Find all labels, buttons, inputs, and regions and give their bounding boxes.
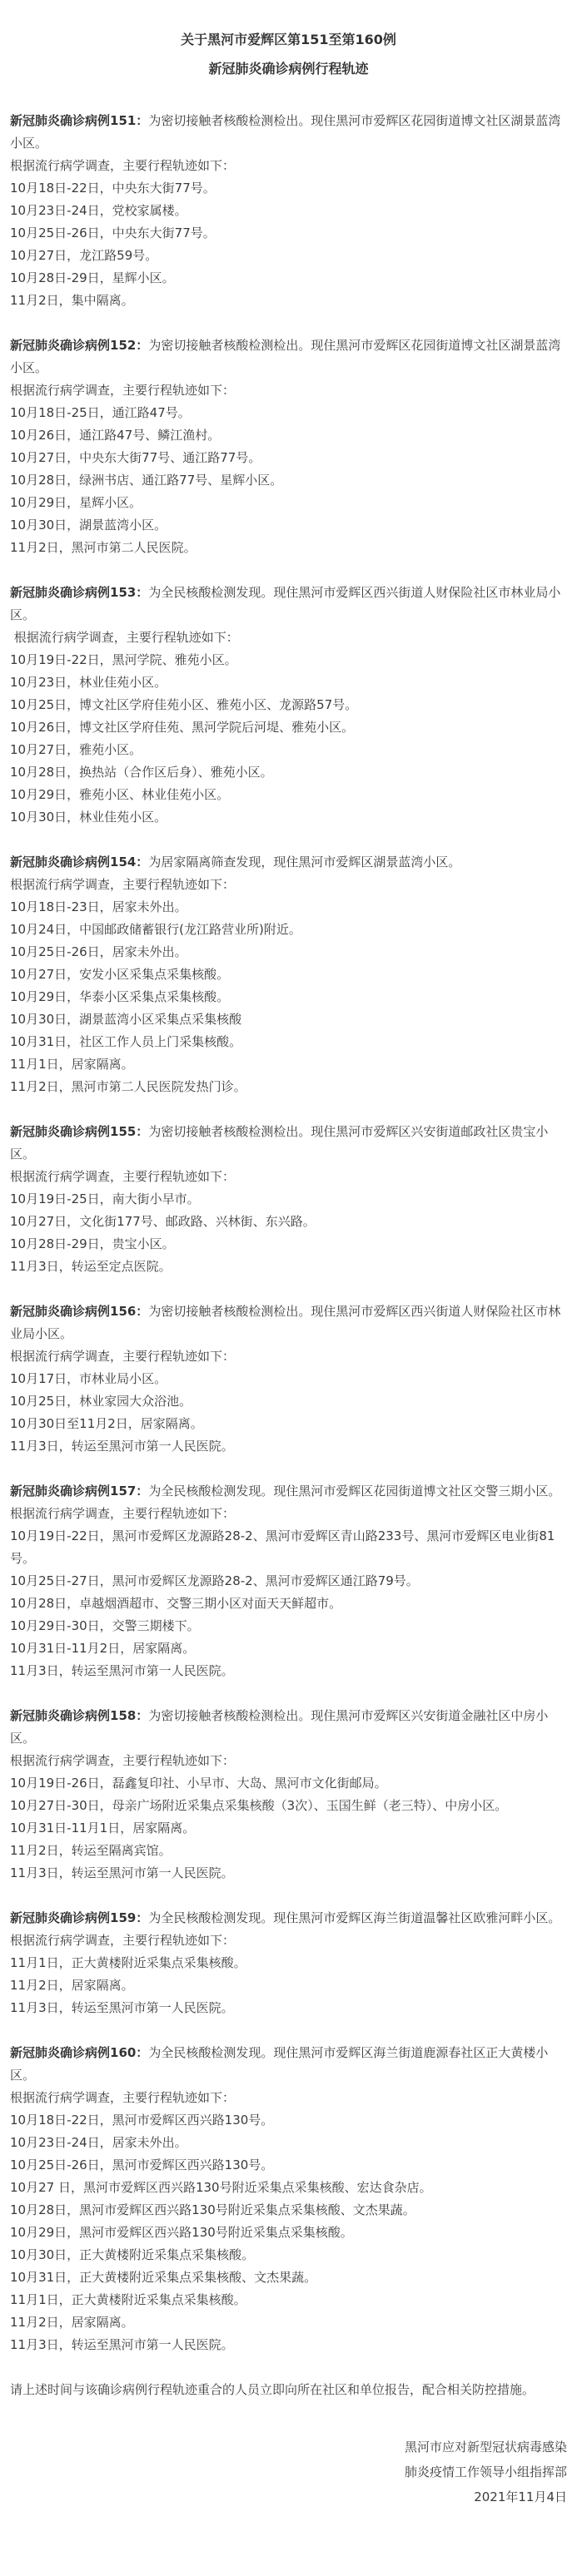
itinerary-item: 11月1日，正大黄楼附近采集点采集核酸。: [10, 2289, 567, 2311]
case-intro: 根据流行病学调查，主要行程轨迹如下：: [10, 1930, 567, 1952]
itinerary-item: 10月28日，卓越烟酒超市、交警三期小区对面天天鲜超市。: [10, 1593, 567, 1615]
case-section: 新冠肺炎确诊病例153：为全民核酸检测发现。现住黑河市爱辉区西兴街道人财保险社区…: [10, 582, 567, 829]
case-header: 新冠肺炎确诊病例153：为全民核酸检测发现。现住黑河市爱辉区西兴街道人财保险社区…: [10, 582, 567, 627]
itinerary-item: 10月30日，林业佳苑小区。: [10, 806, 567, 829]
itinerary-item: 11月3日，转运至定点医院。: [10, 1256, 567, 1278]
itinerary-item: 10月19日-26日，磊鑫复印社、小早市、大岛、黑河市文化街邮局。: [10, 1772, 567, 1795]
case-intro: 根据流行病学调查，主要行程轨迹如下：: [10, 155, 567, 177]
itinerary-item: 10月27日，中央东大街77号、通江路77号。: [10, 447, 567, 469]
itinerary-item: 10月27日，龙江路59号。: [10, 245, 567, 267]
case-section: 新冠肺炎确诊病例156：为密切接触者核酸检测检出。现住黑河市爱辉区西兴街道人财保…: [10, 1300, 567, 1458]
case-intro: 根据流行病学调查，主要行程轨迹如下：: [10, 2087, 567, 2109]
itinerary-item: 10月28日-29日，星辉小区。: [10, 267, 567, 290]
itinerary-item: 10月28日，绿洲书店、通江路77号、星辉小区。: [10, 469, 567, 492]
itinerary-item: 11月1日，正大黄楼附近采集点采集核酸。: [10, 1952, 567, 1974]
itinerary-item: 11月2日，转运至隔离宾馆。: [10, 1840, 567, 1862]
case-intro: 根据流行病学调查，主要行程轨迹如下：: [10, 874, 567, 896]
signature-date: 2021年11月4日: [10, 2484, 567, 2509]
itinerary-item: 11月3日，转运至黑河市第一人民医院。: [10, 1997, 567, 2019]
itinerary-item: 10月29日，华泰小区采集点采集核酸。: [10, 986, 567, 1008]
case-header: 新冠肺炎确诊病例157：为全民核酸检测发现。现住黑河市爱辉区花园街道博文社区交警…: [10, 1480, 567, 1503]
itinerary-item: 11月3日，转运至黑河市第一人民医院。: [10, 1435, 567, 1458]
case-label: 新冠肺炎确诊病例151：: [10, 113, 148, 128]
itinerary-item: 10月27日，雅苑小区。: [10, 739, 567, 761]
itinerary-item: 10月30日，正大黄楼附近采集点采集核酸。: [10, 2244, 567, 2266]
itinerary-item: 11月2日，黑河市第二人民医院发热门诊。: [10, 1076, 567, 1098]
case-list: 新冠肺炎确诊病例151：为密切接触者核酸检测检出。现住黑河市爱辉区花园街道博文社…: [10, 110, 567, 2356]
case-header: 新冠肺炎确诊病例154：为居家隔离筛查发现，现住黑河市爱辉区湖景蓝湾小区。: [10, 851, 567, 874]
itinerary-item: 10月27日，文化街177号、邮政路、兴林街、东兴路。: [10, 1211, 567, 1233]
itinerary-item: 10月25日，林业家园大众浴池。: [10, 1390, 567, 1413]
signature-block: 黑河市应对新型冠状病毒感染 肺炎疫情工作领导小组指挥部 2021年11月4日: [10, 2435, 567, 2509]
itinerary-item: 11月2日，集中隔离。: [10, 290, 567, 312]
itinerary-item: 10月18日-22日，中央东大街77号。: [10, 177, 567, 200]
itinerary-item: 10月27日-30日，母亲广场附近采集点采集核酸（3次）、玉国生鲜（老三特）、中…: [10, 1795, 567, 1817]
itinerary-item: 11月2日，居家隔离。: [10, 2311, 567, 2334]
case-section: 新冠肺炎确诊病例155：为密切接触者核酸检测检出。现住黑河市爱辉区兴安街道邮政社…: [10, 1121, 567, 1278]
signature-org-line-1: 黑河市应对新型冠状病毒感染: [10, 2435, 567, 2460]
itinerary-item: 10月29日，星辉小区。: [10, 492, 567, 514]
case-description: 为居家隔离筛查发现，现住黑河市爱辉区湖景蓝湾小区。: [148, 855, 460, 869]
itinerary-item: 10月30日，湖景蓝湾小区采集点采集核酸: [10, 1008, 567, 1031]
itinerary-item: 10月25日-26日，居家未外出。: [10, 941, 567, 964]
case-header: 新冠肺炎确诊病例156：为密切接触者核酸检测检出。现住黑河市爱辉区西兴街道人财保…: [10, 1300, 567, 1345]
itinerary-item: 10月23日-24日，居家未外出。: [10, 2132, 567, 2154]
itinerary-item: 11月2日，黑河市第二人民医院。: [10, 537, 567, 559]
itinerary-item: 10月27 日，黑河市爱辉区西兴路130号附近采集点采集核酸、宏达食杂店。: [10, 2177, 567, 2199]
case-section: 新冠肺炎确诊病例158：为密切接触者核酸检测检出。现住黑河市爱辉区兴安街道金融社…: [10, 1705, 567, 1885]
case-header: 新冠肺炎确诊病例155：为密切接触者核酸检测检出。现住黑河市爱辉区兴安街道邮政社…: [10, 1121, 567, 1166]
case-header: 新冠肺炎确诊病例151：为密切接触者核酸检测检出。现住黑河市爱辉区花园街道博文社…: [10, 110, 567, 155]
title-line-1: 关于黑河市爱辉区第151至第160例: [10, 25, 567, 54]
title-line-2: 新冠肺炎确诊病例行程轨迹: [10, 54, 567, 83]
case-label: 新冠肺炎确诊病例157：: [10, 1484, 148, 1499]
case-label: 新冠肺炎确诊病例152：: [10, 338, 148, 353]
itinerary-item: 10月29日，黑河市爱辉区西兴路130号附近采集点采集核酸。: [10, 2222, 567, 2244]
itinerary-item: 10月31日-11月1日，居家隔离。: [10, 1817, 567, 1840]
case-intro: 根据流行病学调查，主要行程轨迹如下：: [10, 1345, 567, 1368]
case-header: 新冠肺炎确诊病例158：为密切接触者核酸检测检出。现住黑河市爱辉区兴安街道金融社…: [10, 1705, 567, 1750]
document-title: 关于黑河市爱辉区第151至第160例 新冠肺炎确诊病例行程轨迹: [10, 25, 567, 83]
itinerary-item: 10月25日-27日，黑河市爱辉区龙源路28-2、黑河市爱辉区通江路79号。: [10, 1570, 567, 1593]
itinerary-item: 10月31日-11月2日，居家隔离。: [10, 1637, 567, 1660]
case-section: 新冠肺炎确诊病例160：为全民核酸检测发现。现住黑河市爱辉区海兰街道鹿源春社区正…: [10, 2042, 567, 2356]
itinerary-item: 10月17日，市林业局小区。: [10, 1368, 567, 1390]
itinerary-item: 10月29日-30日，交警三期楼下。: [10, 1615, 567, 1637]
case-header: 新冠肺炎确诊病例160：为全民核酸检测发现。现住黑河市爱辉区海兰街道鹿源春社区正…: [10, 2042, 567, 2087]
itinerary-item: 10月24日，中国邮政储蓄银行(龙江路营业所)附近。: [10, 919, 567, 941]
itinerary-item: 10月18日-22日，黑河市爱辉区西兴路130号。: [10, 2109, 567, 2132]
document-page: 关于黑河市爱辉区第151至第160例 新冠肺炎确诊病例行程轨迹 新冠肺炎确诊病例…: [0, 0, 577, 2526]
itinerary-item: 10月23日，林业佳苑小区。: [10, 671, 567, 694]
case-label: 新冠肺炎确诊病例153：: [10, 585, 148, 600]
itinerary-item: 10月19日-25日，南大街小早市。: [10, 1188, 567, 1211]
case-intro: 根据流行病学调查，主要行程轨迹如下：: [10, 627, 567, 649]
itinerary-item: 10月28日，黑河市爱辉区西兴路130号附近采集点采集核酸、文杰果蔬。: [10, 2199, 567, 2222]
itinerary-item: 10月18日-25日，通江路47号。: [10, 402, 567, 424]
case-label: 新冠肺炎确诊病例155：: [10, 1124, 148, 1139]
itinerary-item: 10月25日，博文社区学府佳苑小区、雅苑小区、龙源路57号。: [10, 694, 567, 716]
itinerary-item: 10月25日-26日，中央东大街77号。: [10, 222, 567, 245]
itinerary-item: 10月31日，社区工作人员上门采集核酸。: [10, 1031, 567, 1053]
case-intro: 根据流行病学调查，主要行程轨迹如下：: [10, 1503, 567, 1525]
itinerary-item: 10月28日-29日，贵宝小区。: [10, 1233, 567, 1256]
case-header: 新冠肺炎确诊病例152：为密切接触者核酸检测检出。现住黑河市爱辉区花园街道博文社…: [10, 334, 567, 379]
itinerary-item: 11月3日，转运至黑河市第一人民医院。: [10, 1660, 567, 1682]
case-label: 新冠肺炎确诊病例159：: [10, 1910, 148, 1925]
itinerary-item: 10月30日，湖景蓝湾小区。: [10, 514, 567, 537]
itinerary-item: 11月1日，居家隔离。: [10, 1053, 567, 1076]
itinerary-item: 10月30日至11月2日，居家隔离。: [10, 1413, 567, 1435]
case-intro: 根据流行病学调查，主要行程轨迹如下：: [10, 379, 567, 402]
itinerary-item: 10月18日-23日，居家未外出。: [10, 896, 567, 919]
case-section: 新冠肺炎确诊病例152：为密切接触者核酸检测检出。现住黑河市爱辉区花园街道博文社…: [10, 334, 567, 559]
itinerary-item: 10月25日-26日，黑河市爱辉区西兴路130号。: [10, 2154, 567, 2177]
case-intro: 根据流行病学调查，主要行程轨迹如下：: [10, 1750, 567, 1772]
case-label: 新冠肺炎确诊病例160：: [10, 2045, 148, 2060]
itinerary-item: 11月3日，转运至黑河市第一人民医院。: [10, 1862, 567, 1885]
itinerary-item: 10月26日，通江路47号、鳞江渔村。: [10, 424, 567, 447]
notice-paragraph: 请上述时间与该确诊病例行程轨迹重合的人员立即向所在社区和单位报告，配合相关防控措…: [10, 2379, 567, 2401]
case-description: 为全民核酸检测发现。现住黑河市爱辉区海兰街道温馨社区欧雅河畔小区。: [148, 1910, 560, 1925]
case-label: 新冠肺炎确诊病例158：: [10, 1708, 148, 1723]
itinerary-item: 11月2日，居家隔离。: [10, 1974, 567, 1997]
case-label: 新冠肺炎确诊病例154：: [10, 855, 148, 869]
itinerary-item: 10月19日-22日，黑河学院、雅苑小区。: [10, 649, 567, 671]
itinerary-item: 11月3日，转运至黑河市第一人民医院。: [10, 2334, 567, 2356]
case-description: 为全民核酸检测发现。现住黑河市爱辉区花园街道博文社区交警三期小区。: [148, 1484, 560, 1499]
itinerary-item: 10月23日-24日，党校家属楼。: [10, 200, 567, 222]
case-label: 新冠肺炎确诊病例156：: [10, 1304, 148, 1319]
case-section: 新冠肺炎确诊病例151：为密切接触者核酸检测检出。现住黑河市爱辉区花园街道博文社…: [10, 110, 567, 312]
itinerary-item: 10月19日-22日，黑河市爱辉区龙源路28-2、黑河市爱辉区青山路233号、黑…: [10, 1525, 567, 1570]
itinerary-item: 10月29日，雅苑小区、林业佳苑小区。: [10, 784, 567, 806]
signature-org-line-2: 肺炎疫情工作领导小组指挥部: [10, 2460, 567, 2484]
case-section: 新冠肺炎确诊病例157：为全民核酸检测发现。现住黑河市爱辉区花园街道博文社区交警…: [10, 1480, 567, 1682]
itinerary-item: 10月28日，换热站（合作区后身）、雅苑小区。: [10, 761, 567, 784]
case-section: 新冠肺炎确诊病例154：为居家隔离筛查发现，现住黑河市爱辉区湖景蓝湾小区。根据流…: [10, 851, 567, 1098]
case-intro: 根据流行病学调查，主要行程轨迹如下：: [10, 1166, 567, 1188]
case-header: 新冠肺炎确诊病例159：为全民核酸检测发现。现住黑河市爱辉区海兰街道温馨社区欧雅…: [10, 1907, 567, 1930]
itinerary-item: 10月31日，正大黄楼附近采集点采集核酸、文杰果蔬。: [10, 2266, 567, 2289]
case-section: 新冠肺炎确诊病例159：为全民核酸检测发现。现住黑河市爱辉区海兰街道温馨社区欧雅…: [10, 1907, 567, 2019]
itinerary-item: 10月27日，安发小区采集点采集核酸。: [10, 964, 567, 986]
itinerary-item: 10月26日，博文社区学府佳苑、黑河学院后河堤、雅苑小区。: [10, 716, 567, 739]
